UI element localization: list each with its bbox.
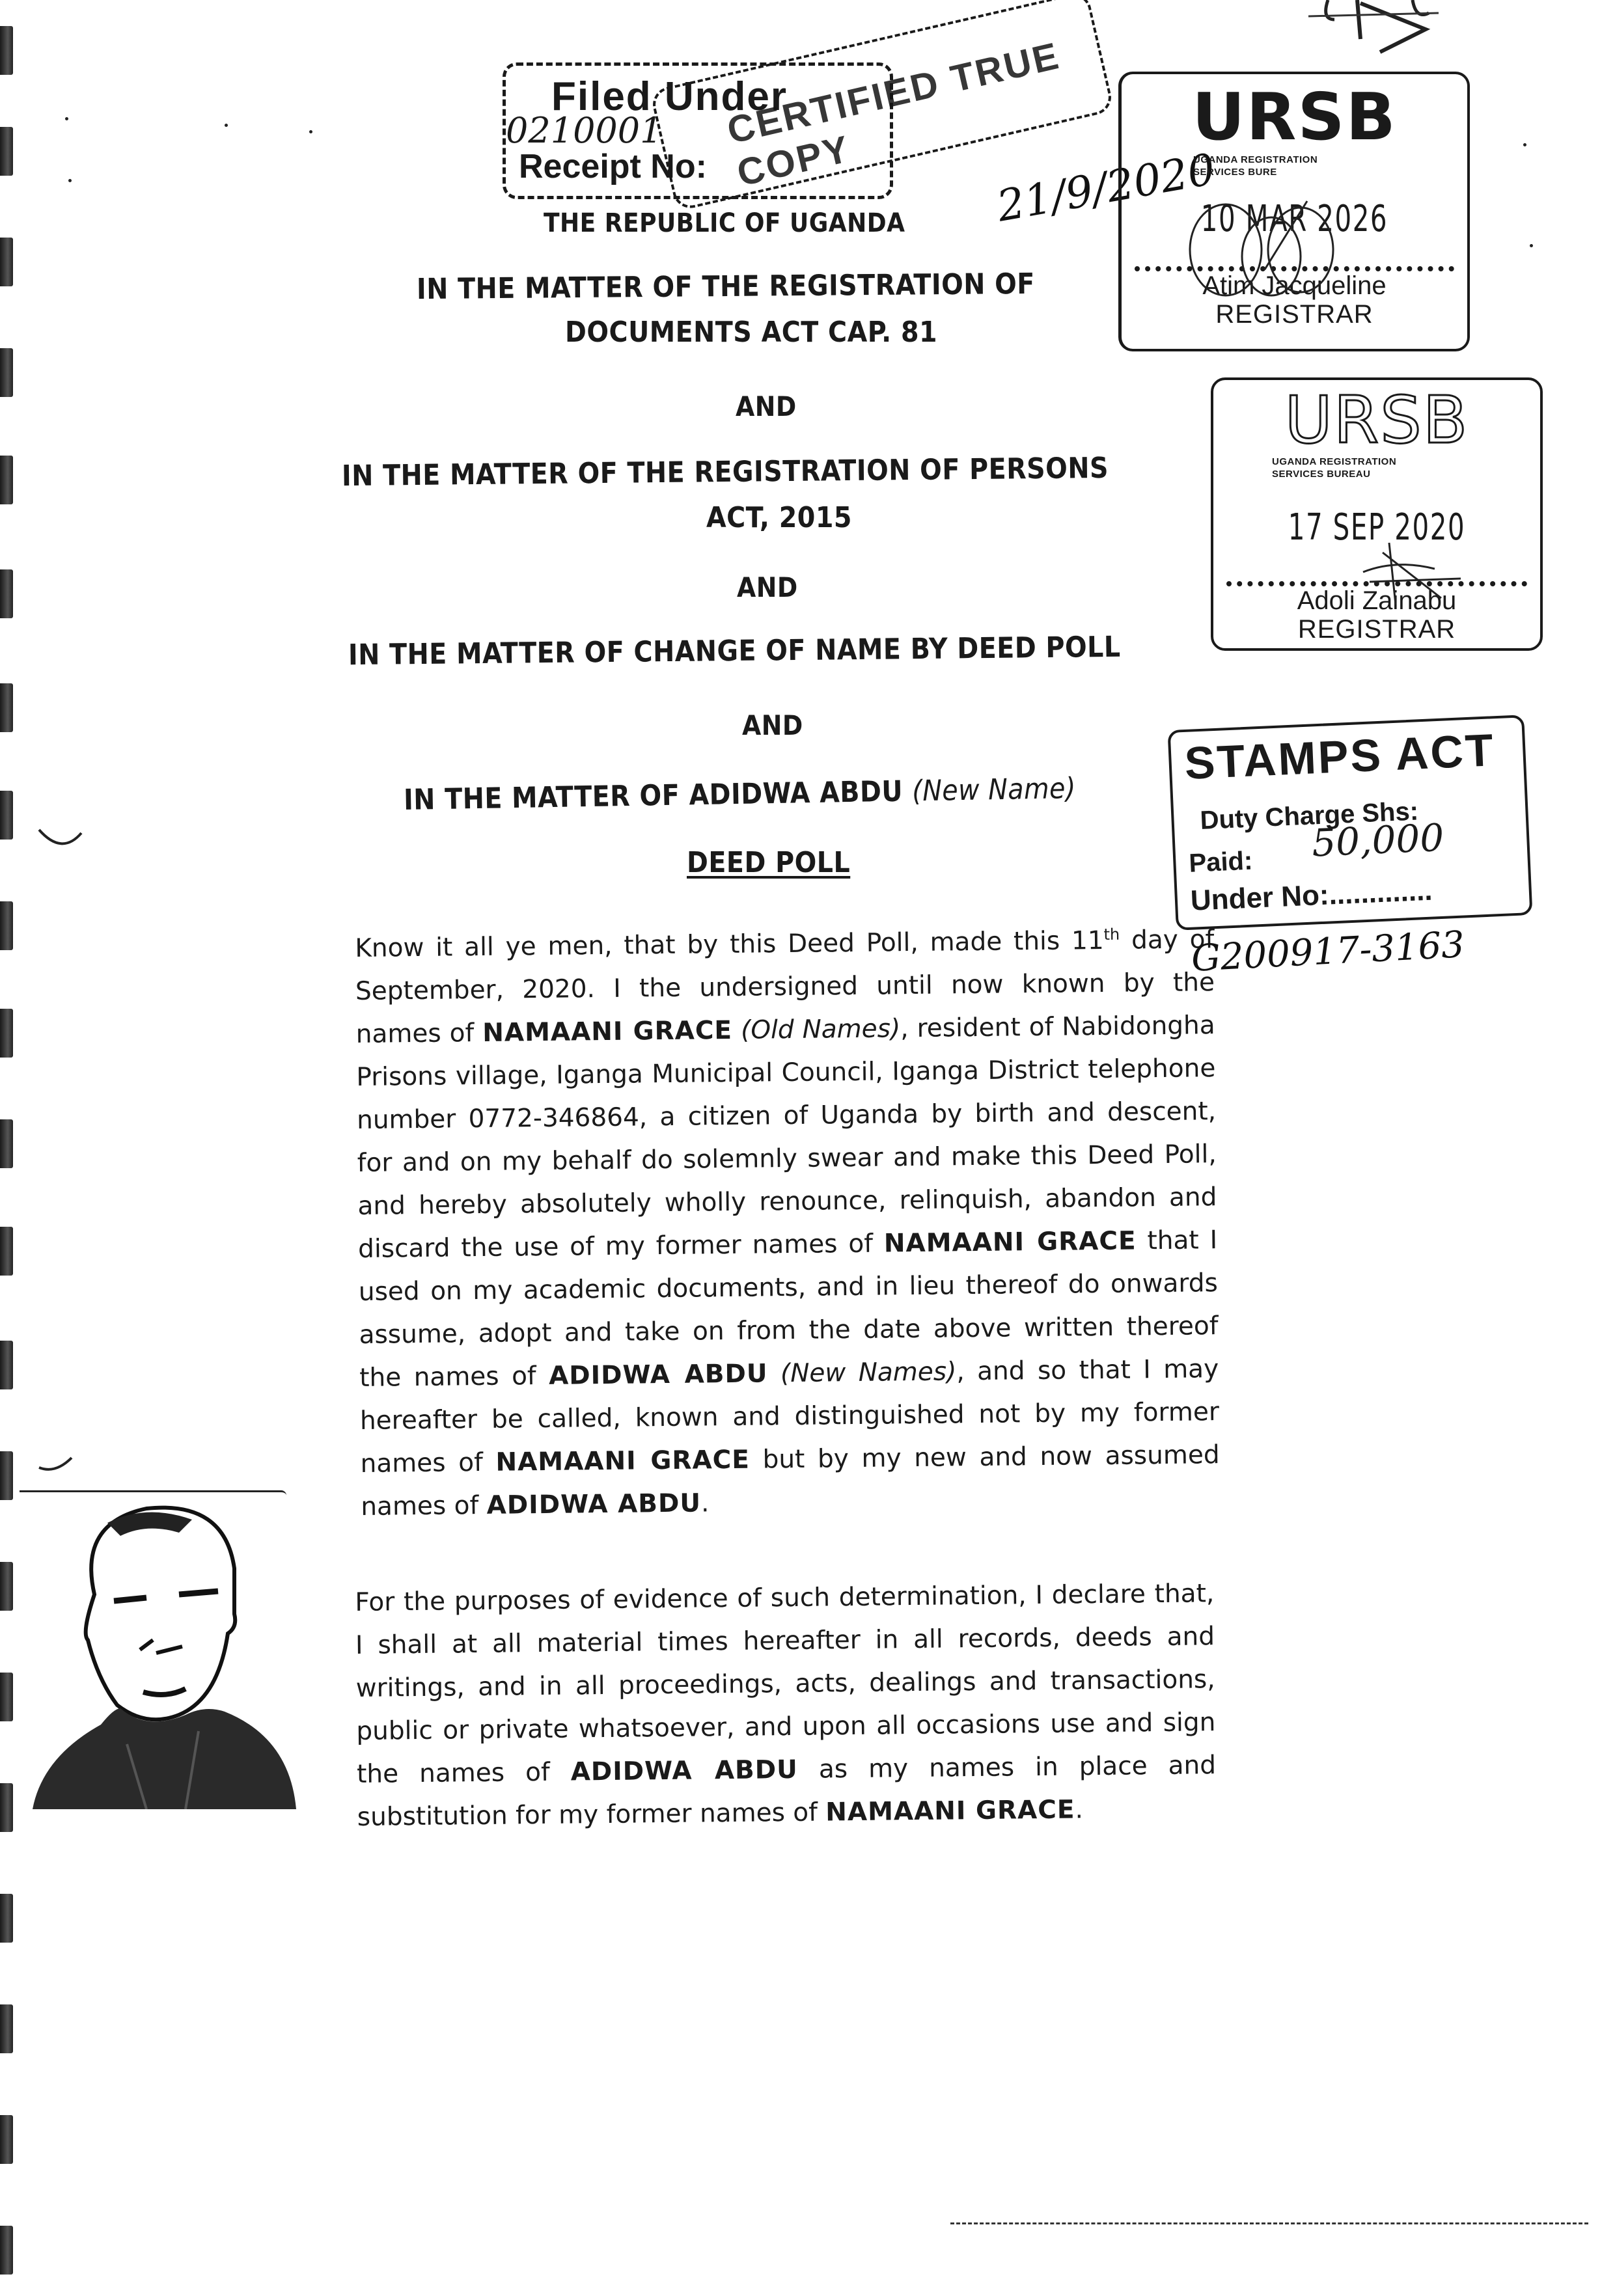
scan-speck <box>225 124 228 127</box>
heading-registration-of-persons: IN THE MATTER OF THE REGISTRATION OF PER… <box>342 452 1109 493</box>
paragraph-text: Know it all ye men, that by this Deed Po… <box>355 926 1104 963</box>
binding-ring <box>0 2226 13 2275</box>
signature-icon <box>1357 540 1467 611</box>
binding-ring <box>0 1783 13 1832</box>
paragraph-text: . <box>1075 1795 1083 1824</box>
binding-ring <box>0 1009 13 1058</box>
binding-ring <box>0 791 13 840</box>
signature-icon <box>1180 198 1349 302</box>
new-name: ADIDWA ABDU <box>486 1488 701 1520</box>
ursb-subtitle: UGANDA REGISTRATION <box>1193 154 1467 166</box>
heading-matter-of-new-name: IN THE MATTER OF ADIDWA ABDU (New Name) <box>404 772 1077 817</box>
ursb-logo: URSB <box>1122 85 1467 150</box>
binding-ring <box>0 683 13 732</box>
binding-ring <box>0 2004 13 2053</box>
binding-ring <box>0 127 13 176</box>
binding-edge <box>0 0 20 2296</box>
heading-and: AND <box>742 709 803 741</box>
bottom-dashed-line <box>950 2222 1588 2224</box>
stamps-act-stamp: STAMPS ACT Duty Charge Shs: 50,000 Paid:… <box>1168 715 1533 931</box>
ordinal-suffix: th <box>1103 925 1120 944</box>
heading-registration-of-documents: IN THE MATTER OF THE REGISTRATION OF <box>417 267 1035 306</box>
old-name: NAMAANI GRACE <box>825 1795 1075 1827</box>
registrar-role: REGISTRAR <box>1213 615 1540 644</box>
scan-mark <box>36 817 88 856</box>
heading-change-of-name: IN THE MATTER OF CHANGE OF NAME BY DEED … <box>348 631 1121 672</box>
scan-speck <box>65 117 68 120</box>
heading-and: AND <box>736 390 797 422</box>
paid-label: Paid: <box>1189 847 1254 879</box>
binding-ring <box>0 1894 13 1943</box>
ursb-subtitle: SERVICES BUREAU <box>1272 468 1540 480</box>
ursb-stamp-atim: URSB UGANDA REGISTRATION SERVICES BURE 1… <box>1118 72 1470 351</box>
duty-paid-value: 50,000 <box>1311 815 1445 866</box>
scan-speck <box>1523 143 1526 146</box>
heading-and: AND <box>737 571 798 603</box>
scan-mark <box>36 1455 81 1474</box>
binding-ring <box>0 1119 13 1168</box>
handwritten-reference-number: G200917-3163 <box>1191 923 1466 980</box>
binding-ring <box>0 2115 13 2164</box>
under-no-label: Under No:............. <box>1190 875 1433 918</box>
old-name: NAMAANI GRACE <box>495 1445 750 1477</box>
binding-ring <box>0 26 13 75</box>
paragraph-text: . <box>701 1488 710 1518</box>
scan-speck <box>68 179 72 182</box>
scan-speck <box>309 130 312 133</box>
paragraph-text: , resident of Nabidongha Prisons village… <box>356 1011 1217 1264</box>
binding-ring <box>0 1562 13 1611</box>
binding-ring <box>0 1673 13 1721</box>
binding-ring <box>0 1341 13 1389</box>
deed-poll-title: DEED POLL <box>687 846 850 879</box>
heading-matter-of-new-name-text: IN THE MATTER OF ADIDWA ABDU <box>404 774 913 817</box>
heading-persons-act: ACT, 2015 <box>706 501 852 534</box>
scan-speck <box>1530 244 1533 247</box>
heading-documents-act: DOCUMENTS ACT CAP. 81 <box>565 316 937 349</box>
republic-heading: THE REPUBLIC OF UGANDA <box>544 208 905 238</box>
deed-paragraph-1: Know it all ye men, that by this Deed Po… <box>355 918 1221 1529</box>
old-name: NAMAANI GRACE <box>884 1226 1137 1258</box>
registrar-role: REGISTRAR <box>1122 300 1467 329</box>
binding-ring <box>0 1227 13 1276</box>
binding-ring <box>0 238 13 286</box>
new-name: ADIDWA ABDU <box>549 1359 768 1391</box>
handwritten-corner-mark <box>1308 0 1439 59</box>
binding-ring <box>0 901 13 950</box>
deed-paragraph-2: For the purposes of evidence of such det… <box>355 1572 1217 1839</box>
filed-handwritten-number: 0210001 <box>506 110 663 151</box>
binding-ring <box>0 348 13 397</box>
new-name-label: (New Name) <box>912 772 1076 808</box>
binding-ring <box>0 456 13 504</box>
stamps-act-title: STAMPS ACT <box>1183 724 1496 789</box>
certified-true-copy-text: CERTIFIED TRUE COPY <box>723 25 1112 195</box>
ursb-subtitle: SERVICES BURE <box>1193 166 1467 178</box>
binding-ring <box>0 1451 13 1500</box>
applicant-photo <box>16 1484 303 1809</box>
new-name: ADIDWA ABDU <box>570 1755 798 1787</box>
new-names-label: (New Names) <box>780 1357 957 1388</box>
old-names-label: (Old Names) <box>741 1014 901 1045</box>
binding-ring <box>0 569 13 618</box>
ursb-stamp-adoli: URSB UGANDA REGISTRATION SERVICES BUREAU… <box>1211 377 1543 651</box>
ursb-logo: URSB <box>1213 388 1540 453</box>
old-name: NAMAANI GRACE <box>482 1016 732 1048</box>
